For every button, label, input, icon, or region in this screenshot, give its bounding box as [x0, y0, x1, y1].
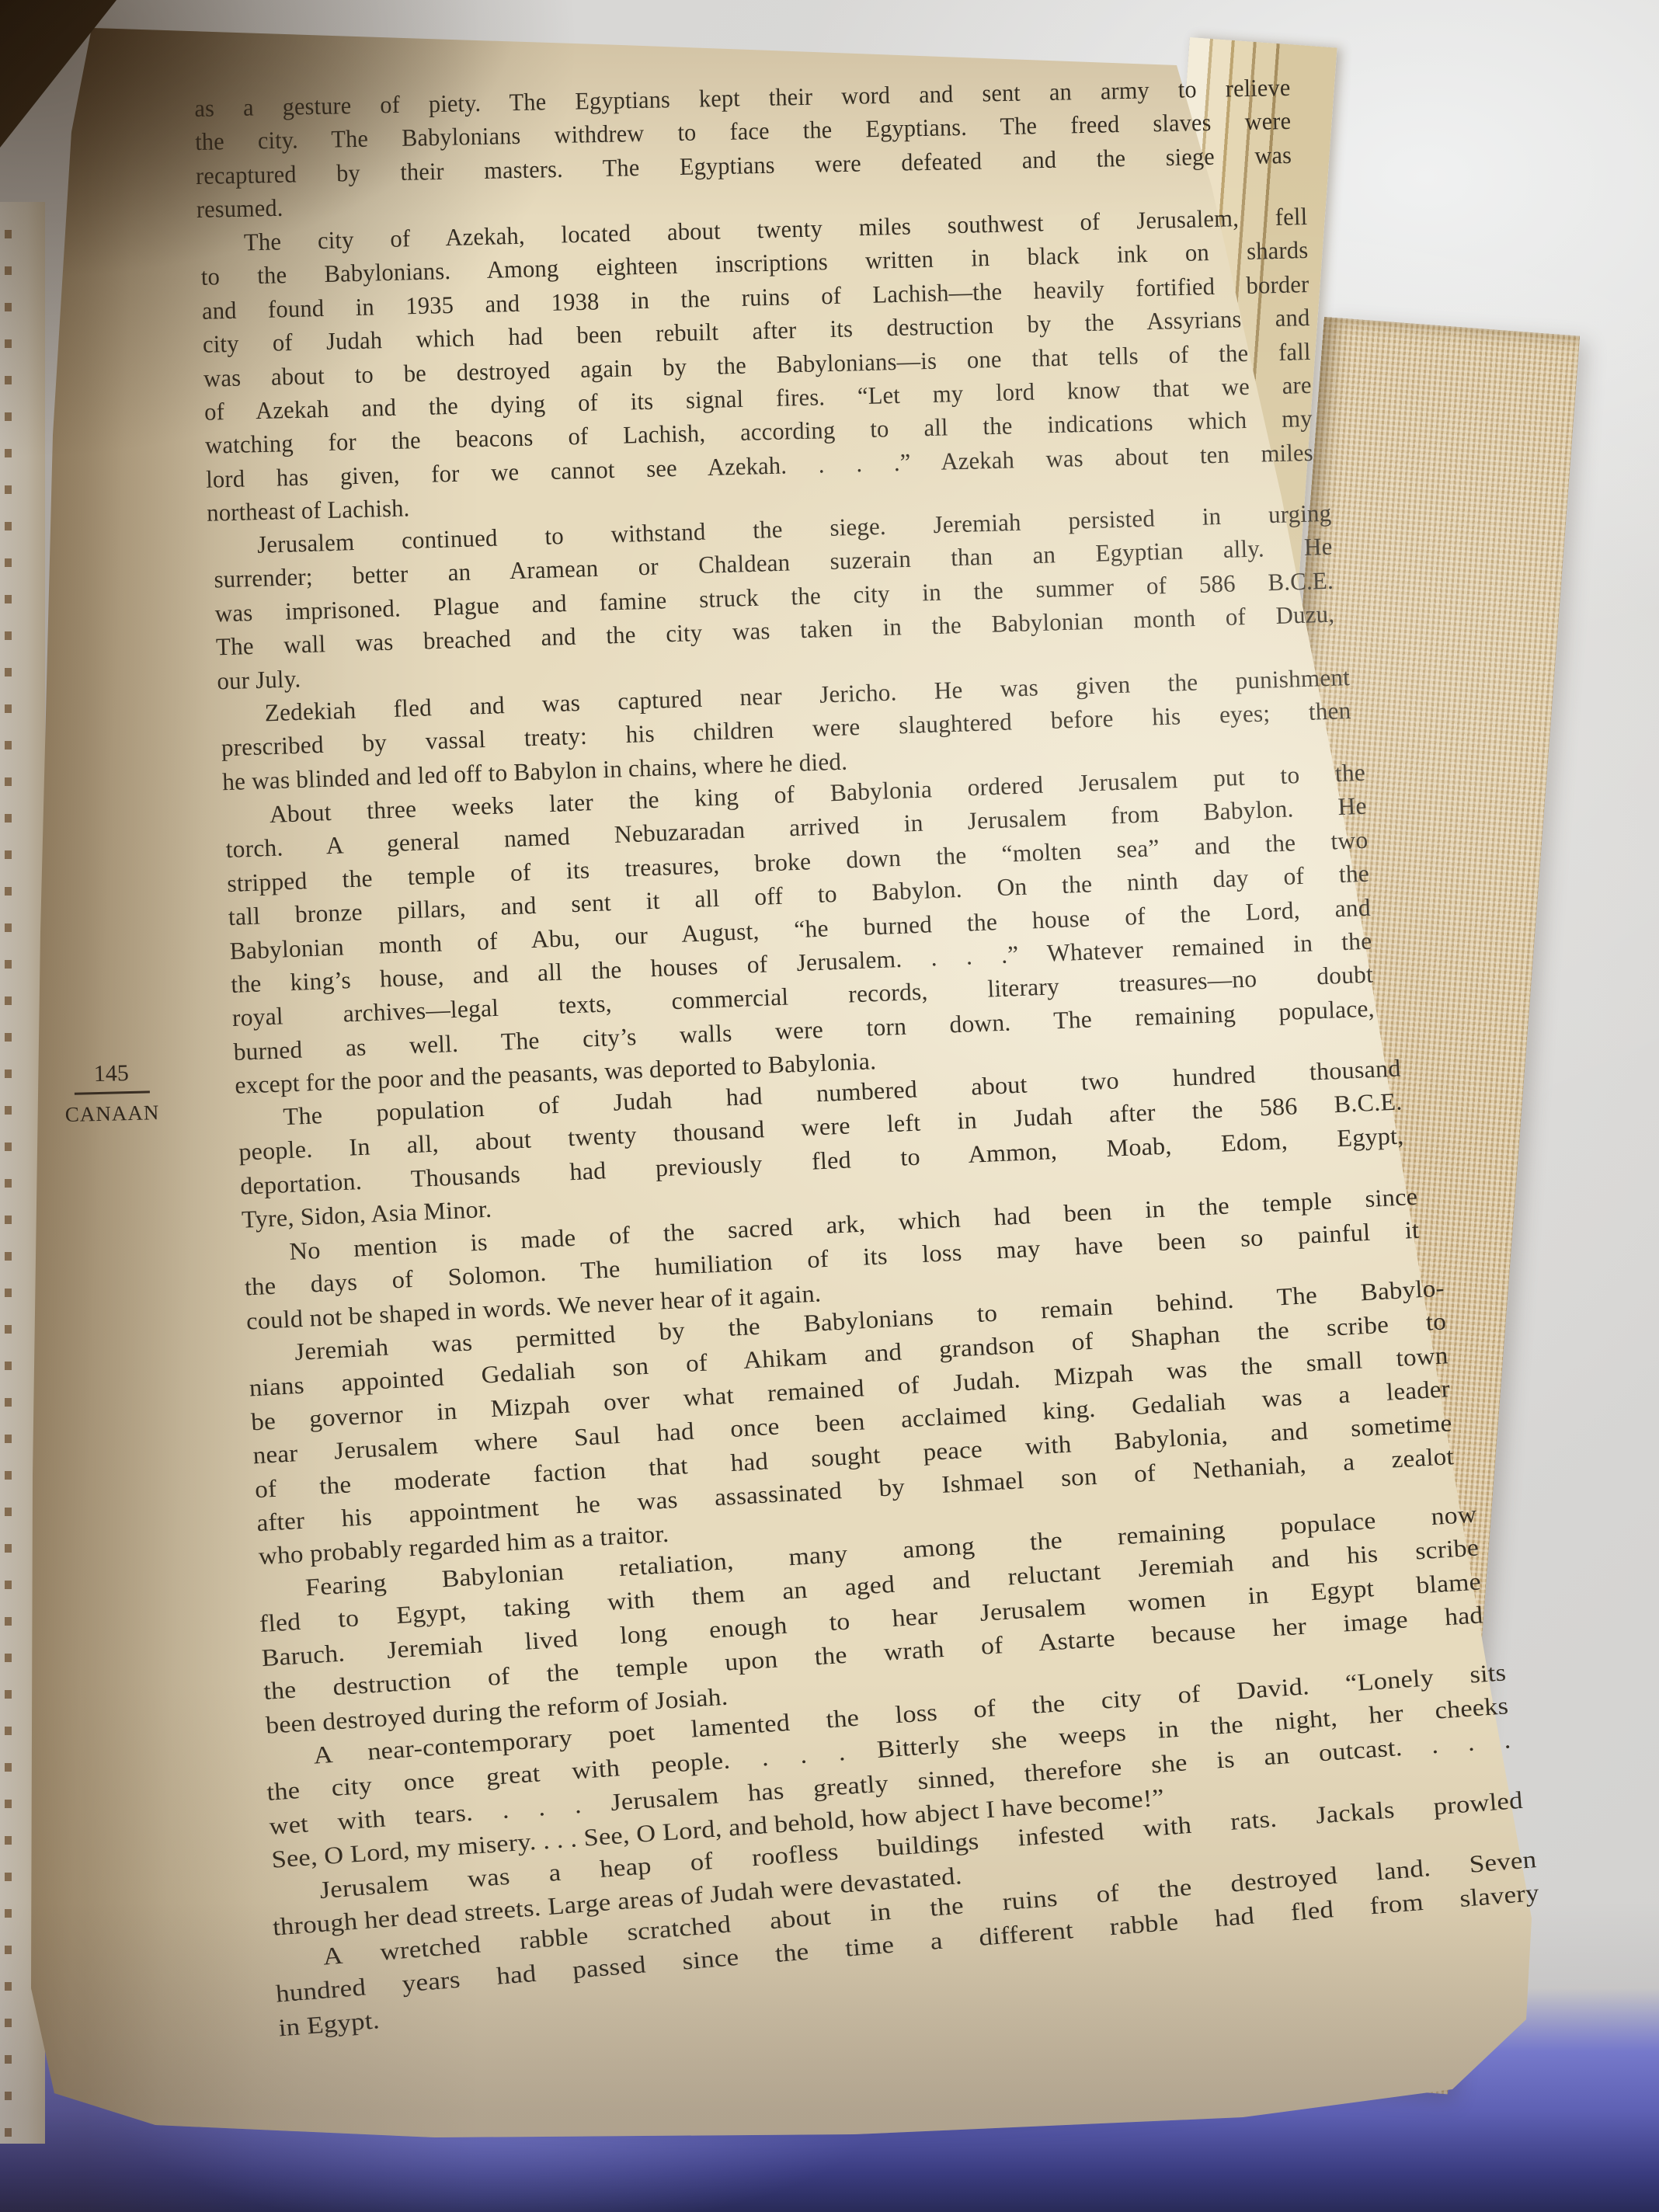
section-label: CANAAN	[54, 1101, 171, 1128]
binding-stitches	[5, 202, 12, 2144]
paragraph: About three weeks later the king of Baby…	[224, 755, 1376, 1102]
paragraph: The city of Azekah, located about twenty…	[200, 200, 1314, 530]
page-text-block: 145 CANAAN as a gesture of piety. The Eg…	[194, 43, 1417, 2045]
body-text: as a gesture of piety. The Egyptians kep…	[194, 43, 1417, 2045]
book-photo-scene: { "page": { "margin_label": { "page_numb…	[0, 0, 1659, 2212]
margin-label: 145 CANAAN	[53, 1059, 171, 1128]
page-number: 145	[73, 1059, 149, 1094]
paragraph: as a gesture of piety. The Egyptians kep…	[194, 71, 1292, 227]
